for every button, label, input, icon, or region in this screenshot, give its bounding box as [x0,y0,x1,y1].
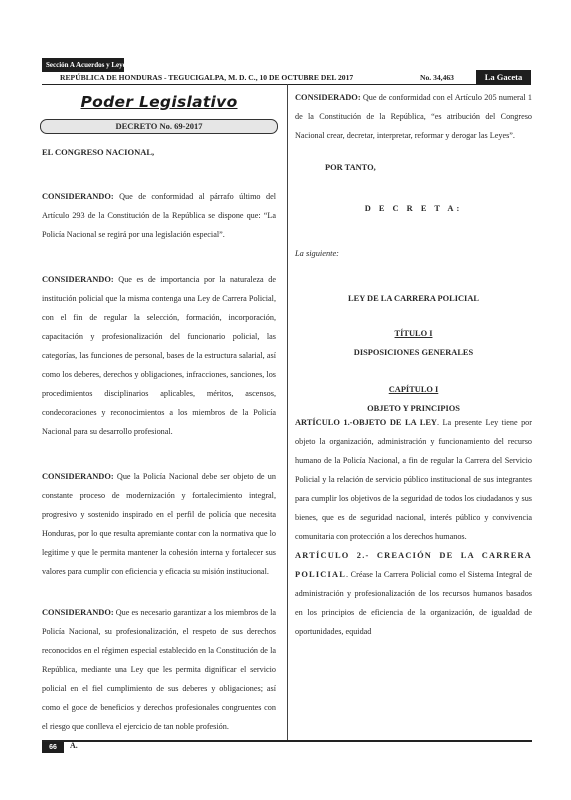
considerado-paragraph: CONSIDERADO: Que de conformidad con el A… [295,88,532,145]
law-title: LEY DE LA CARRERA POLICIAL [295,294,532,303]
right-column: CONSIDERADO: Que de conformidad con el A… [295,88,532,641]
header-place-date: REPÚBLICA DE HONDURAS - TEGUCIGALPA, M. … [60,72,353,84]
la-siguiente: La siguiente: [295,249,532,258]
article-text: . Créase la Carrera Policial como el Sis… [295,570,532,636]
titulo-heading: TÍTULO I [295,329,532,338]
page-number: 66 [42,742,64,753]
considerando-2: CONSIDERANDO: Que es de importancia por … [42,270,276,441]
considerando-4: CONSIDERANDO: Que es necesario garantiza… [42,603,276,736]
column-divider [287,84,288,740]
article-text: . La presente Ley tiene por objeto la or… [295,418,532,541]
section-tab: Sección A Acuerdos y Leyes [42,58,124,72]
considerando-text: Que la Policía Nacional debe ser objeto … [42,472,276,576]
article-1: ARTÍCULO 1.-OBJETO DE LA LEY. La present… [295,413,532,546]
considerando-1: CONSIDERANDO: Que de conformidad al párr… [42,187,276,244]
considerando-label: CONSIDERANDO: [42,275,114,284]
decree-number-box: DECRETO No. 69-2017 [40,119,278,134]
congress-heading: EL CONGRESO NACIONAL, [42,147,276,157]
publication-tab: La Gaceta [476,70,531,85]
capitulo-heading: CAPÍTULO I [295,385,532,394]
article-label: ARTÍCULO 1.-OBJETO DE LA LEY [295,418,437,427]
por-tanto: POR TANTO, [325,163,532,172]
considerando-text: Que es de importancia por la naturaleza … [42,275,276,436]
footer-rule [42,740,532,742]
considerando-3: CONSIDERANDO: Que la Policía Nacional de… [42,467,276,581]
considerando-label: CONSIDERANDO: [42,472,114,481]
capitulo-name: OBJETO Y PRINCIPIOS [295,404,532,413]
page-section-suffix: A. [70,741,78,750]
article-2: ARTÍCULO 2.- CREACIÓN DE LA CARRERA POLI… [295,546,532,641]
left-column: Poder Legislativo DECRETO No. 69-2017 EL… [42,88,276,736]
considerando-text: Que es necesario garantizar a los miembr… [42,608,276,731]
issue-number: No. 34,463 [420,72,454,84]
considerando-label: CONSIDERANDO: [42,608,114,617]
considerado-label: CONSIDERADO: [295,93,361,102]
considerando-label: CONSIDERANDO: [42,192,114,201]
page-title: Poder Legislativo [42,93,276,111]
header-line: REPÚBLICA DE HONDURAS - TEGUCIGALPA, M. … [42,72,489,85]
decreta-heading: D E C R E T A: [295,204,532,213]
titulo-name: DISPOSICIONES GENERALES [295,348,532,357]
